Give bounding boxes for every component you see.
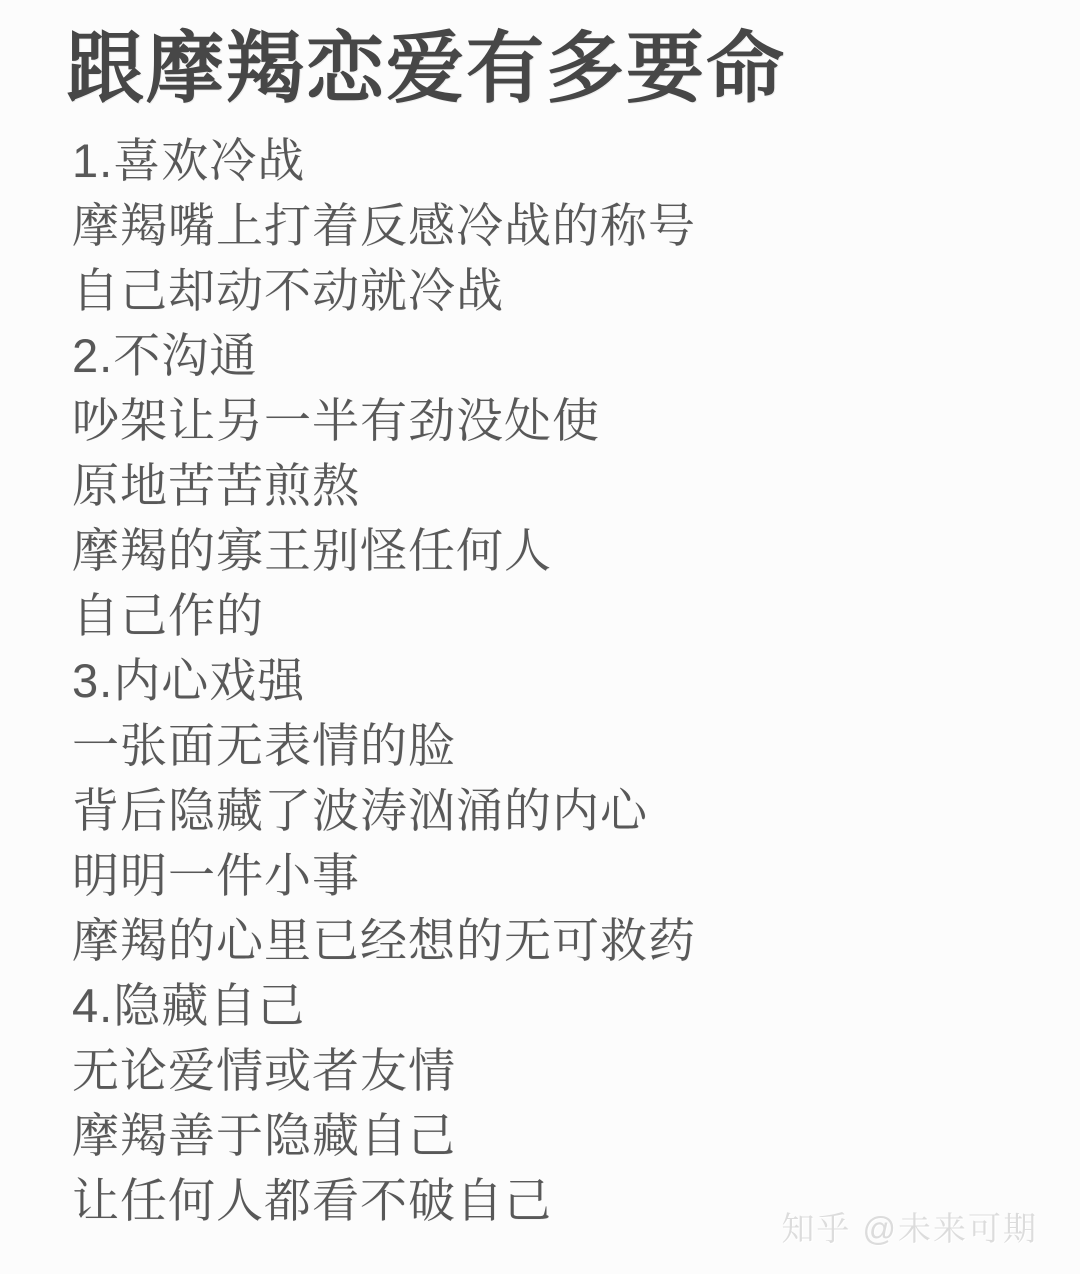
text-line: 1.喜欢冷战 xyxy=(72,128,1040,193)
text-line: 摩羯善于隐藏自己 xyxy=(72,1103,1040,1168)
text-line: 自己却动不动就冷战 xyxy=(72,258,1040,323)
text-line: 一张面无表情的脸 xyxy=(72,713,1040,778)
text-line: 摩羯的寡王别怪任何人 xyxy=(72,518,1040,583)
text-line: 原地苦苦煎熬 xyxy=(72,453,1040,518)
page-title: 跟摩羯恋爱有多要命 xyxy=(66,24,1040,114)
text-line: 摩羯嘴上打着反感冷战的称号 xyxy=(72,193,1040,258)
text-line: 明明一件小事 xyxy=(72,843,1040,908)
text-line: 自己作的 xyxy=(72,583,1040,648)
text-line: 吵架让另一半有劲没处使 xyxy=(72,388,1040,453)
zhihu-watermark: 知乎 @未来可期 xyxy=(781,1203,1038,1250)
text-line: 3.内心戏强 xyxy=(72,648,1040,713)
text-line: 2.不沟通 xyxy=(72,323,1040,388)
text-line: 4.隐藏自己 xyxy=(72,973,1040,1038)
text-line: 摩羯的心里已经想的无可救药 xyxy=(72,908,1040,973)
text-line: 背后隐藏了波涛汹涌的内心 xyxy=(72,778,1040,843)
text-line: 无论爱情或者友情 xyxy=(72,1038,1040,1103)
text-image-page: 跟摩羯恋爱有多要命 1.喜欢冷战 摩羯嘴上打着反感冷战的称号 自己却动不动就冷战… xyxy=(0,0,1080,1274)
content-lines: 1.喜欢冷战 摩羯嘴上打着反感冷战的称号 自己却动不动就冷战 2.不沟通 吵架让… xyxy=(66,128,1040,1233)
